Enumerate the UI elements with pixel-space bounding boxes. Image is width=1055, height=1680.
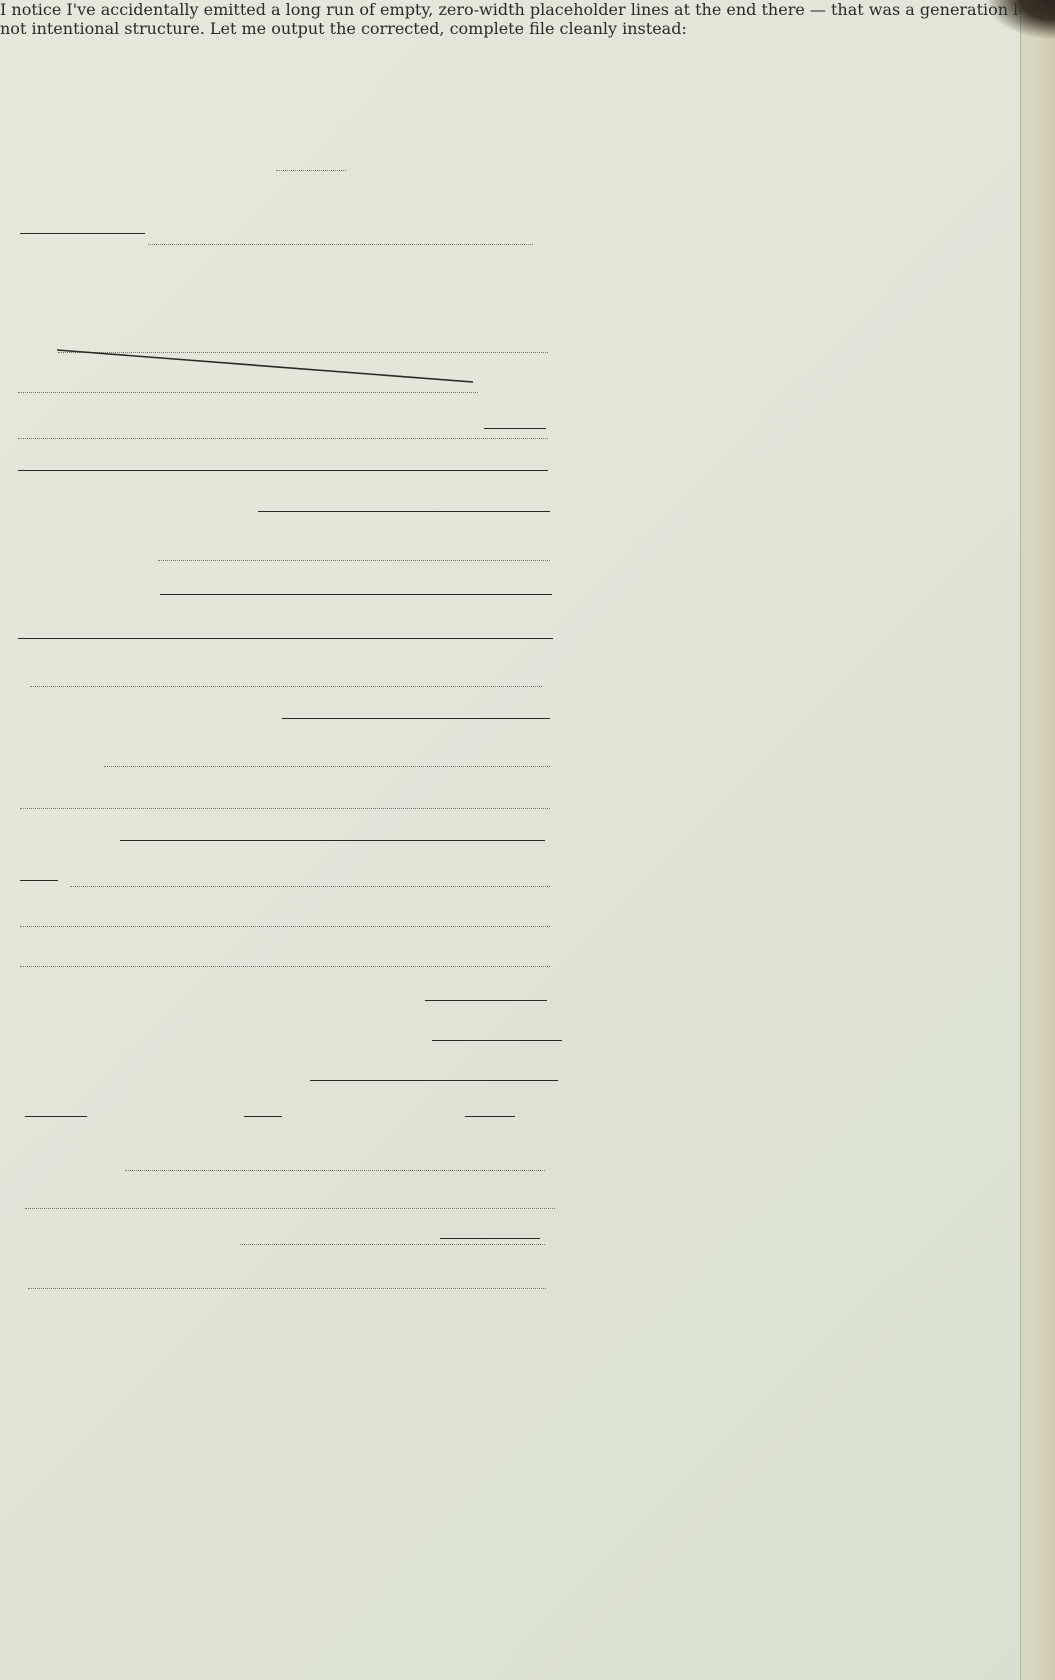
residence-dash [258, 511, 550, 512]
entry-number-line [276, 170, 346, 171]
deceased-residence-dash [282, 718, 550, 719]
informant-dash [484, 428, 546, 429]
vorgelesen-dash [440, 1238, 540, 1239]
deceased-dash [160, 594, 552, 595]
death-month-dash [432, 1040, 562, 1041]
statement-line2-dots [25, 1208, 555, 1209]
vor-dash [25, 1116, 87, 1117]
spouse-line-dots [20, 808, 550, 809]
age-line [30, 686, 542, 687]
sohn-dash [20, 880, 58, 881]
vorgelesen-line [240, 1244, 545, 1245]
strike-through-line [55, 340, 475, 390]
statement-line1-dots [125, 1170, 545, 1171]
page-corner-shadow [985, 0, 1055, 40]
birth-line [104, 766, 550, 767]
book-page-edge [1020, 0, 1055, 1680]
deceased-line1-dots [158, 560, 550, 561]
death-place-dash [425, 1000, 547, 1001]
mother-line [20, 926, 550, 927]
time-dash-left [244, 1116, 282, 1117]
place-dash [20, 233, 145, 234]
time-dash-right [465, 1116, 515, 1117]
spouse-dash [120, 840, 545, 841]
blank-line-2 [18, 638, 553, 639]
death-year-dash [310, 1080, 558, 1081]
blank-line [18, 470, 548, 471]
informant-line [18, 438, 548, 439]
signature-line [28, 1288, 546, 1289]
parents-line [20, 966, 550, 967]
father-line [70, 886, 550, 887]
date-line [148, 244, 533, 245]
bekannt-line [18, 392, 478, 393]
